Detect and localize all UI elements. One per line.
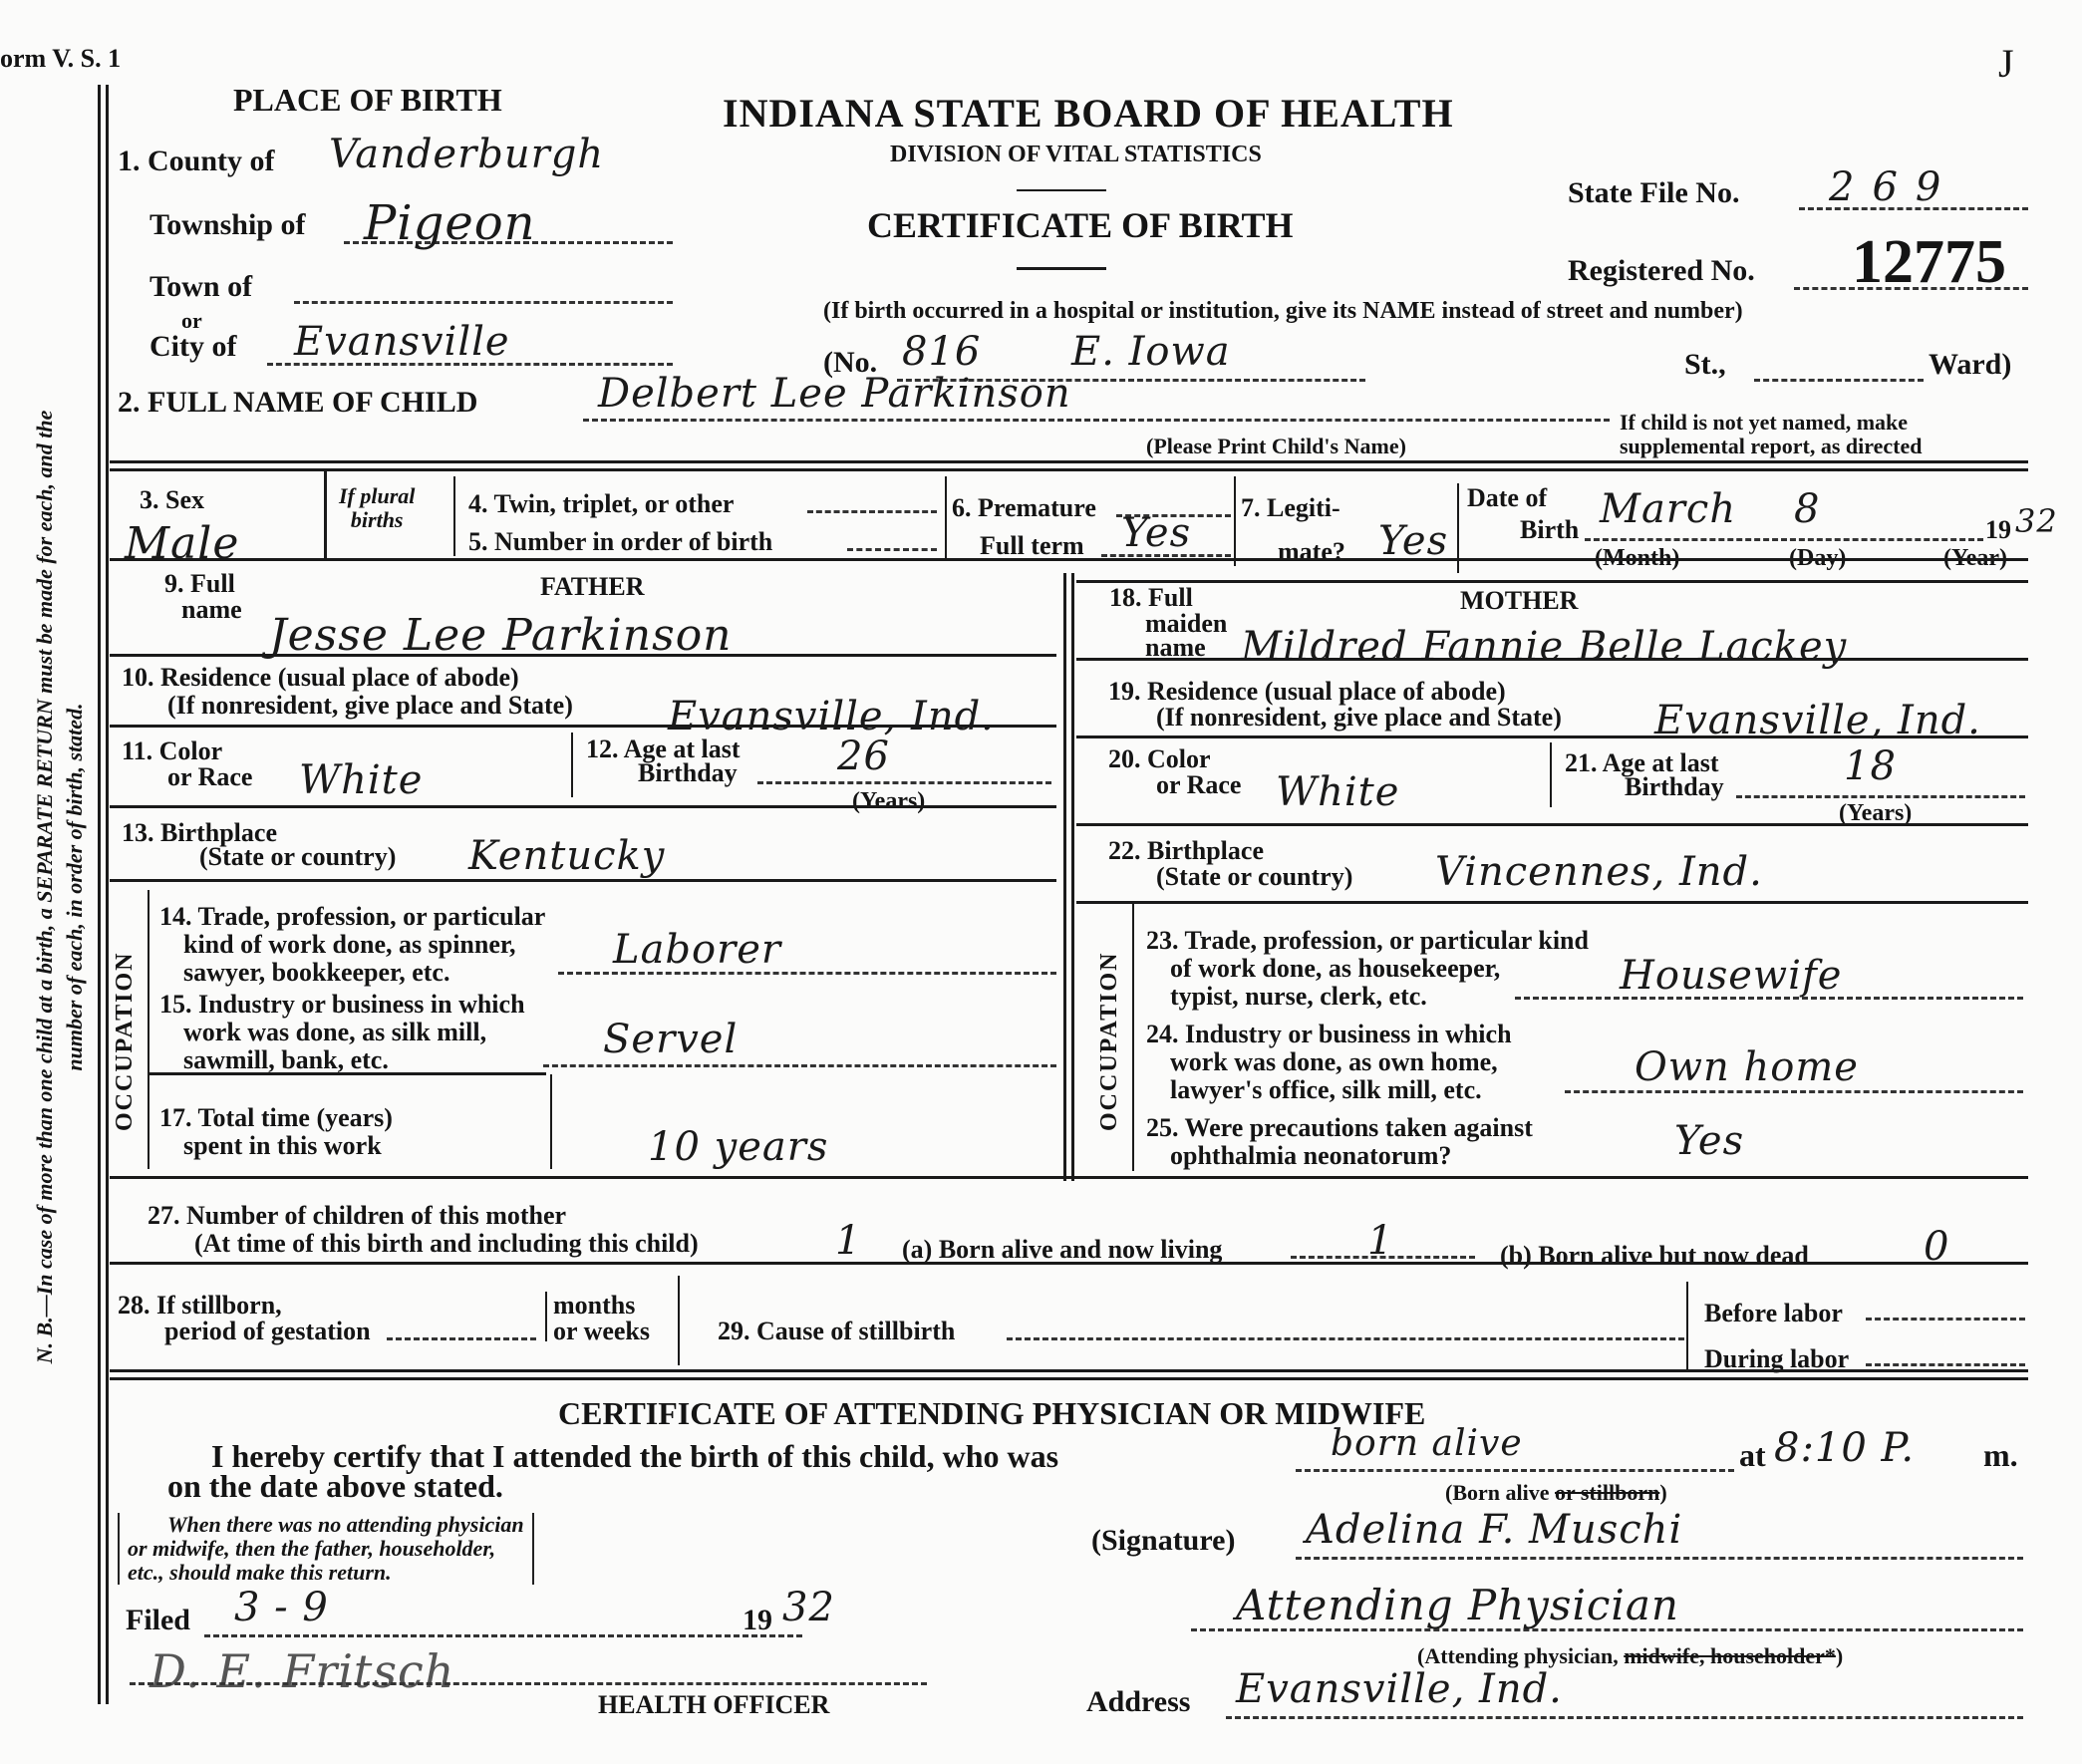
registered-value: 12775 (1852, 227, 2006, 298)
section-divider (110, 558, 2028, 561)
father-industry-label-2: work was done, as silk mill, (159, 1019, 525, 1046)
city-value: Evansville (294, 319, 510, 365)
section-divider (110, 1262, 2028, 1265)
divider (571, 733, 573, 797)
twin-label: 4. Twin, triplet, or other (468, 490, 734, 518)
gestation-unit-1: months (553, 1292, 635, 1320)
mother-industry-line (1565, 1090, 2023, 1093)
place-of-birth-heading: PLACE OF BIRTH (233, 82, 502, 119)
father-trade-label-3: sawyer, bookkeeper, etc. (159, 959, 545, 987)
mother-age-label-2: Birthday (1625, 773, 1724, 801)
county-label: 1. County of (118, 147, 275, 175)
state-file-label: State File No. (1568, 179, 1739, 207)
row-divider (110, 805, 1056, 808)
order-label: 5. Number in order of birth (468, 528, 772, 556)
mother-industry-label-1: 24. Industry or business in which (1146, 1021, 1512, 1048)
father-residence-label-2: (If nonresident, give place and State) (167, 692, 573, 720)
mother-industry-value: Own home (1635, 1044, 1859, 1090)
legit-label-1: 7. Legiti- (1241, 494, 1340, 522)
before-labor-line (1866, 1318, 2025, 1321)
plural-label-2: births (339, 508, 415, 532)
children-dead-label: (b) Born alive but now dead (1500, 1242, 1809, 1270)
mother-color-label-1: 20. Color (1108, 745, 1211, 773)
father-heading: FATHER (540, 572, 644, 602)
children-label-2: (At time of this birth and including thi… (194, 1230, 699, 1258)
mother-trade-label-2: of work done, as housekeeper, (1146, 955, 1589, 983)
note-line-2: or midwife, then the father, householder… (128, 1537, 524, 1561)
father-industry-label-1: 15. Industry or business in which (159, 991, 525, 1019)
twin-line (807, 510, 937, 513)
filed-value: 3 - 9 (234, 1585, 329, 1630)
row-divider (1076, 735, 2028, 738)
father-trade-label-1: 14. Trade, profession, or particular (159, 903, 545, 931)
health-officer-signature: D. E. Fritsch (149, 1644, 454, 1698)
hospital-note: (If birth occurred in a hospital or inst… (823, 297, 1743, 325)
address-value: Evansville, Ind. (1236, 1666, 1563, 1712)
left-border-inner (106, 85, 109, 1704)
mother-name-label: 18. Full maiden name (1109, 584, 1227, 660)
mother-residence-label-1: 19. Residence (usual place of abode) (1108, 678, 1506, 706)
born-value: born alive (1331, 1423, 1523, 1464)
plural-label: If plural births (339, 484, 415, 532)
year-prefix: 19 (1985, 516, 2011, 544)
father-residence-label-1: 10. Residence (usual place of abode) (122, 664, 519, 692)
mother-occupation-side-label: OCCUPATION (1096, 952, 1123, 1131)
sex-label: 3. Sex (140, 486, 204, 514)
father-age-label-2: Birthday (638, 759, 738, 787)
mother-precaution-value: Yes (1674, 1118, 1744, 1164)
father-birthplace-label-2: (State or country) (199, 843, 396, 871)
divider (1017, 267, 1106, 270)
row-divider (1076, 658, 2028, 661)
health-officer-label: HEALTH OFFICER (598, 1690, 829, 1720)
father-occupation-side-label: OCCUPATION (112, 952, 139, 1131)
brace (453, 476, 455, 556)
mother-color-value: White (1276, 769, 1399, 815)
brace (545, 1292, 547, 1341)
street-value: E. Iowa (1071, 329, 1231, 375)
city-label: City of (149, 333, 236, 361)
children-label-1: 27. Number of children of this mother (148, 1202, 566, 1230)
print-note: (Please Print Child's Name) (1146, 433, 1406, 460)
form-id: orm V. S. 1 (0, 44, 121, 74)
town-line (294, 301, 673, 304)
mother-birthplace-label-2: (State or country) (1156, 863, 1352, 891)
divider (1686, 1282, 1688, 1371)
mother-precaution-label-1: 25. Were precautions taken against (1146, 1114, 1533, 1142)
role-caption-a: (Attending physician, (1417, 1643, 1624, 1668)
not-named-note-2: supplemental report, as directed (1620, 433, 1923, 460)
children-total-value: 1 (835, 1218, 861, 1264)
born-line (1296, 1469, 1734, 1472)
mother-birthplace-value: Vincennes, Ind. (1435, 849, 1763, 895)
father-age-line (757, 781, 1051, 784)
section-divider (110, 1176, 2028, 1179)
mother-industry-label: 24. Industry or business in which work w… (1146, 1021, 1512, 1104)
cause-line (1007, 1337, 1684, 1340)
born-caption-strike: or stillborn (1555, 1480, 1659, 1505)
mother-industry-label-3: lawyer's office, silk mill, etc. (1146, 1076, 1512, 1104)
row-divider (148, 1072, 546, 1075)
filed-line (204, 1634, 802, 1637)
father-age-caption: (Years) (852, 787, 925, 815)
mother-name-label-1: 18. Full (1109, 584, 1227, 612)
father-industry-line (543, 1064, 1056, 1067)
section-divider (1076, 580, 2028, 583)
margin-note: N. B.—In case of more than one child at … (30, 90, 90, 1684)
child-name-label: 2. FULL NAME OF CHILD (118, 389, 477, 417)
fullterm-label: Full term (980, 532, 1084, 560)
father-color-value: White (299, 757, 423, 803)
ward-line (1754, 379, 1924, 382)
margin-note-line-2: number of each, in order of birth, state… (60, 90, 90, 1684)
signature-value: Adelina F. Muschi (1306, 1507, 1682, 1553)
ward-label: Ward) (1929, 351, 2011, 379)
division-title: DIVISION OF VITAL STATISTICS (890, 142, 1262, 168)
divider (678, 1276, 680, 1365)
section-divider (110, 468, 2028, 471)
section-divider (110, 460, 2028, 463)
divider (1234, 476, 1236, 566)
gestation-line (387, 1337, 536, 1340)
date-line (1585, 538, 1983, 541)
father-age-value: 26 (837, 734, 890, 779)
center-divider (1071, 573, 1074, 1181)
mother-name-value: Mildred Fannie Belle Lackey (1241, 624, 1847, 670)
order-line (847, 548, 937, 551)
date-label-2: Birth (1520, 516, 1579, 544)
certificate-heading: CERTIFICATE OF ATTENDING PHYSICIAN OR MI… (558, 1395, 1425, 1432)
note-line-3: etc., should make this return. (128, 1561, 524, 1585)
note-line-1: When there was no attending physician (128, 1513, 524, 1537)
before-labor-label: Before labor (1704, 1300, 1843, 1327)
father-trade-label: 14. Trade, profession, or particular kin… (159, 903, 545, 987)
child-name-line (583, 419, 1610, 422)
mother-color-label-2: or Race (1156, 771, 1241, 799)
gestation-unit-2: or weeks (553, 1318, 650, 1345)
mother-precaution-label: 25. Were precautions taken against ophth… (1146, 1114, 1533, 1170)
divider (148, 890, 149, 1169)
father-residence-value: Evansville, Ind. (668, 694, 995, 739)
father-color-label-1: 11. Color (122, 737, 222, 765)
born-caption: (Born alive or stillborn) (1445, 1479, 1667, 1507)
signature-line (1296, 1557, 2023, 1560)
fullterm-value: Yes (1121, 510, 1191, 556)
row-divider (1076, 901, 2028, 904)
row-divider (1076, 823, 2028, 826)
role-value: Attending Physician (1236, 1581, 1679, 1629)
father-color-label-2: or Race (167, 763, 252, 791)
address-label: Address (1086, 1688, 1190, 1716)
role-caption-strike: midwife, householder* (1624, 1643, 1836, 1668)
st-label: St., (1684, 351, 1726, 379)
mother-heading: MOTHER (1460, 586, 1578, 616)
time-value: 8:10 P. (1774, 1425, 1915, 1471)
registered-label: Registered No. (1568, 257, 1755, 285)
father-birthplace-value: Kentucky (468, 833, 665, 879)
mother-age-value: 18 (1844, 743, 1897, 789)
signature-label: (Signature) (1091, 1527, 1235, 1555)
father-time-label-1: 17. Total time (years) (159, 1104, 393, 1132)
filed-year-prefix: 19 (743, 1607, 772, 1634)
mother-birthplace-label-1: 22. Birthplace (1108, 837, 1264, 865)
father-time-label-2: spent in this work (159, 1132, 393, 1160)
mother-residence-label-2: (If nonresident, give place and State) (1156, 704, 1562, 732)
row-divider (110, 725, 1056, 728)
mother-trade-label-1: 23. Trade, profession, or particular kin… (1146, 927, 1589, 955)
father-name-label-1: 9. Full (164, 570, 235, 598)
mother-age-line (1736, 795, 2025, 798)
during-labor-line (1866, 1363, 2025, 1366)
sex-value: Male (125, 518, 239, 569)
child-name-value: Delbert Lee Parkinson (598, 371, 1071, 417)
divider (945, 476, 947, 560)
mother-trade-value: Housewife (1620, 953, 1842, 999)
father-name-label-2: name (181, 596, 242, 624)
father-trade-value: Laborer (613, 927, 781, 973)
father-time-value: 10 years (648, 1124, 828, 1170)
children-alive-label: (a) Born alive and now living (902, 1236, 1222, 1264)
filed-label: Filed (126, 1607, 190, 1634)
legit-label-2: mate? (1278, 538, 1345, 566)
center-divider (1063, 573, 1066, 1181)
agency-title: INDIANA STATE BOARD OF HEALTH (723, 90, 1454, 137)
township-label: Township of (149, 211, 305, 239)
state-file-value: 269 (1829, 164, 1958, 210)
at-label: at (1739, 1441, 1766, 1469)
address-line (1226, 1716, 2023, 1719)
filed-year-value: 32 (782, 1585, 835, 1630)
row-divider (110, 879, 1056, 882)
county-value: Vanderburgh (329, 132, 604, 177)
town-label: Town of (149, 273, 252, 301)
role-caption-b: ) (1836, 1643, 1843, 1668)
divider (1017, 189, 1106, 191)
address-no-value: 816 (902, 329, 981, 375)
mother-precaution-label-2: ophthalmia neonatorum? (1146, 1142, 1533, 1170)
stillborn-label-2: period of gestation (164, 1318, 371, 1345)
row-divider (110, 654, 1056, 657)
stillbirth-cause-label: 29. Cause of stillbirth (718, 1318, 955, 1345)
section-divider (110, 1369, 2028, 1372)
born-caption-b: ) (1659, 1480, 1666, 1505)
month-value: March (1600, 486, 1736, 532)
plural-label-1: If plural (339, 484, 415, 508)
day-value: 8 (1794, 486, 1820, 532)
divider (324, 468, 327, 558)
township-value: Pigeon (364, 195, 536, 251)
mother-name-label-3: name (1109, 636, 1227, 660)
father-time-label: 17. Total time (years) spent in this wor… (159, 1104, 393, 1160)
premature-label: 6. Premature (952, 494, 1096, 522)
father-industry-label: 15. Industry or business in which work w… (159, 991, 525, 1074)
corner-mark: J (1998, 40, 2014, 87)
health-officer-line (130, 1682, 927, 1685)
divider (1550, 742, 1552, 807)
m-label: m. (1983, 1441, 2018, 1469)
father-industry-value: Servel (603, 1017, 738, 1062)
certificate-title: CERTIFICATE OF BIRTH (867, 204, 1294, 246)
margin-note-line-1: N. B.—In case of more than one child at … (30, 90, 60, 1684)
stillborn-label-1: 28. If stillborn, (118, 1292, 282, 1320)
section-divider (110, 1377, 2028, 1380)
date-label-1: Date of (1467, 484, 1547, 512)
certify-text-2: on the date above stated. (167, 1469, 503, 1503)
father-trade-label-2: kind of work done, as spinner, (159, 931, 545, 959)
left-border (98, 85, 101, 1704)
father-industry-label-3: sawmill, bank, etc. (159, 1046, 525, 1074)
year-value: 32 (2015, 502, 2058, 540)
no-physician-note: When there was no attending physician or… (118, 1513, 534, 1585)
born-caption-a: (Born alive (1445, 1480, 1555, 1505)
children-alive-value: 1 (1367, 1218, 1393, 1264)
mother-industry-label-2: work was done, as own home, (1146, 1048, 1512, 1076)
divider (550, 1074, 552, 1169)
divider (1132, 902, 1134, 1171)
